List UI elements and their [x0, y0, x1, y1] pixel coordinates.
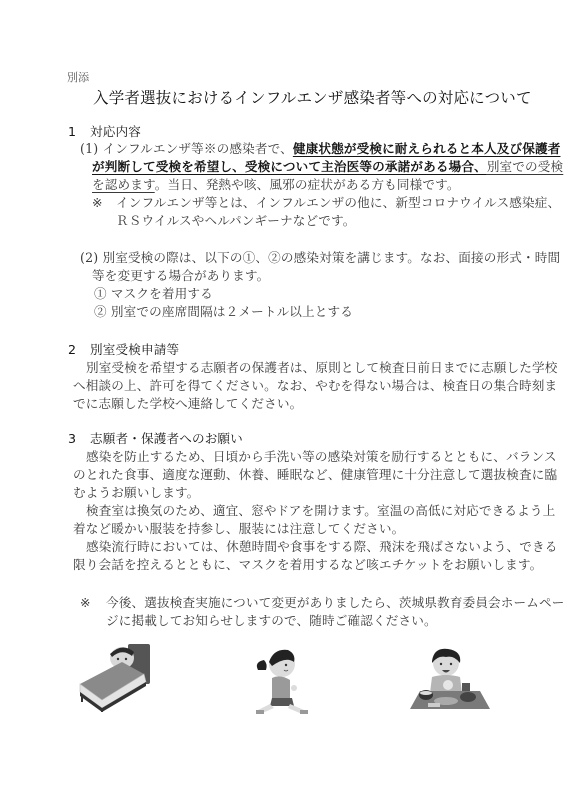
- running-girl-illustration: [250, 640, 316, 720]
- item-1-line-2: が判断して受検を希望し、受検について主治医等の承諾がある場合、別室での受検: [92, 158, 563, 176]
- section-2-line-1: 別室受検を希望する志願者の保護者は、原則として検査日前日までに志願した学校: [86, 359, 558, 377]
- page-title: 入学者選抜におけるインフルエンザ感染者等への対応について: [93, 87, 532, 109]
- item-2-line-2: 等を変更する場合があります。: [92, 267, 269, 285]
- section-3-line-1: 感染を防止するため、日頃から手洗い等の感染対策を励行するとともに、バランス: [86, 448, 557, 466]
- footer-note-line-2: ジに掲載してお知らせしますので、随時ご確認ください。: [106, 612, 437, 630]
- item-1-line-1: (1) インフルエンザ等※の感染者で、健康状態が受検に耐えられると本人及び保護者: [80, 140, 560, 158]
- section-3-line-5: 着など暖かい服装を持参し、服装には注意してください。: [73, 520, 404, 538]
- measure-2: ② 別室での座席間隔は２メートル以上とする: [94, 303, 353, 321]
- section-3-line-4: 検査室は換気のため、適宜、窓やドアを開けます。室温の高低に対応できるよう上: [86, 502, 555, 520]
- section-3-line-2: のとれた食事、適度な運動、休養、睡眠など、健康管理に十分注意して選抜検査に臨: [73, 466, 557, 484]
- section-2-line-2: へ相談の上、許可を得てください。なお、やむを得ない場合は、検査日の集合時刻ま: [73, 377, 557, 395]
- item-2-line-1: (2) 別室受検の際は、以下の①、②の感染対策を講じます。なお、面接の形式・時間: [80, 249, 560, 267]
- measure-1: ① マスクを着用する: [94, 285, 213, 303]
- section-3-line-6: 感染流行時においては、休憩時間や食事をする際、飛沫を飛ばさないよう、できる: [86, 538, 558, 556]
- section-2-line-3: でに志願した学校へ連絡してください。: [73, 395, 302, 413]
- section-3-heading: 3志願者・保護者へのお願い: [68, 430, 243, 448]
- sick-in-bed-illustration: [72, 640, 162, 712]
- section-2-heading: 2別室受検申請等: [68, 341, 179, 359]
- section-3-line-3: むようお願いします。: [73, 484, 199, 502]
- section-3-line-7: 限り会話を控えるとともに、マスクを着用するなど咳エチケットをお願いします。: [73, 556, 542, 574]
- section-1-heading: 1対応内容: [68, 123, 141, 141]
- item-1-note-line-2: ＲＳウイルスやヘルパンギーナなどです。: [116, 212, 356, 230]
- attachment-label: 別添: [67, 69, 89, 87]
- footer-note-line-1: ※今後、選抜検査実施について変更がありましたら、茨城県教育委員会ホームペー: [80, 594, 565, 612]
- item-1-line-3: を認めます。当日、発熱や咳、風邪の症状がある方も同様です。: [92, 176, 460, 194]
- boy-eating-meal-illustration: [404, 645, 492, 717]
- item-1-note-line-1: ※インフルエンザ等とは、インフルエンザの他に、新型コロナウイルス感染症、: [92, 194, 560, 212]
